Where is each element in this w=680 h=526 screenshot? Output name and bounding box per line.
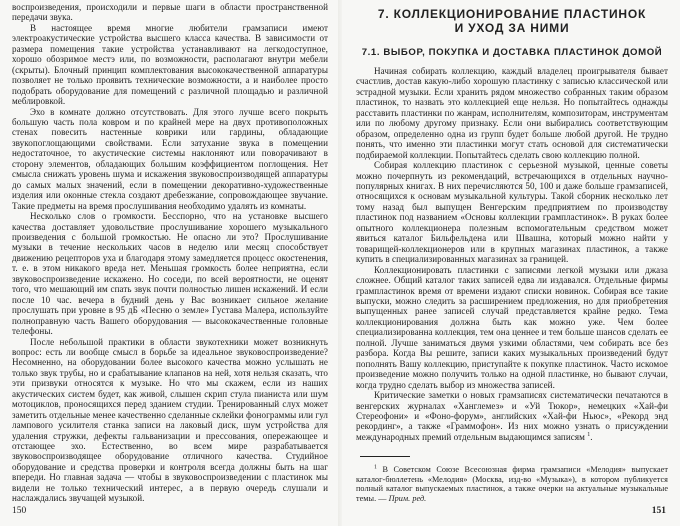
chapter-title-line: И УХОД ЗА НИМИ — [356, 21, 668, 35]
section-title: 7.1. ВЫБОР, ПОКУПКА И ДОСТАВКА ПЛАСТИНОК… — [356, 47, 668, 58]
left-page: воспроизведения, происходили и первые ша… — [0, 0, 338, 526]
paragraph: Коллекционировать пластинки с записями л… — [356, 265, 668, 390]
footnote-marker: 1 — [587, 432, 590, 438]
page-number: 150 — [12, 506, 26, 516]
footnote: 1 В Советском Союзе Всесоюзная фирма гра… — [356, 465, 668, 503]
paragraph: В настоящее время многие любители грамза… — [12, 23, 328, 107]
footnote-number: 1 — [374, 465, 377, 471]
page-number: 151 — [652, 506, 666, 516]
footnote-divider — [360, 456, 410, 457]
paragraph-text: Критические заметки о новых грамзаписях … — [356, 390, 668, 442]
chapter-title-line: 7. КОЛЛЕКЦИОНИРОВАНИЕ ПЛАСТИНОК — [356, 7, 668, 21]
right-page: 7. КОЛЛЕКЦИОНИРОВАНИЕ ПЛАСТИНОК И УХОД З… — [342, 0, 680, 526]
paragraph: Начиная собирать коллекцию, каждый владе… — [356, 66, 668, 160]
footnote-text: 1 В Советском Союзе Всесоюзная фирма гра… — [356, 465, 668, 503]
paragraph: воспроизведения, происходили и первые ша… — [12, 2, 328, 23]
chapter-title: 7. КОЛЛЕКЦИОНИРОВАНИЕ ПЛАСТИНОК И УХОД З… — [356, 7, 668, 35]
paragraph: Собирая коллекцию пластинок с серьезной … — [356, 160, 668, 265]
editor-note: Прим. ред. — [389, 494, 427, 503]
paragraph: Несколько слов о громкости. Бесспорно, ч… — [12, 211, 328, 336]
paragraph: Эхо в комнате должно отсутствовать. Для … — [12, 107, 328, 212]
paragraph: Критические заметки о новых грамзаписях … — [356, 390, 668, 442]
paragraph: После небольшой практики в области звуко… — [12, 337, 328, 504]
